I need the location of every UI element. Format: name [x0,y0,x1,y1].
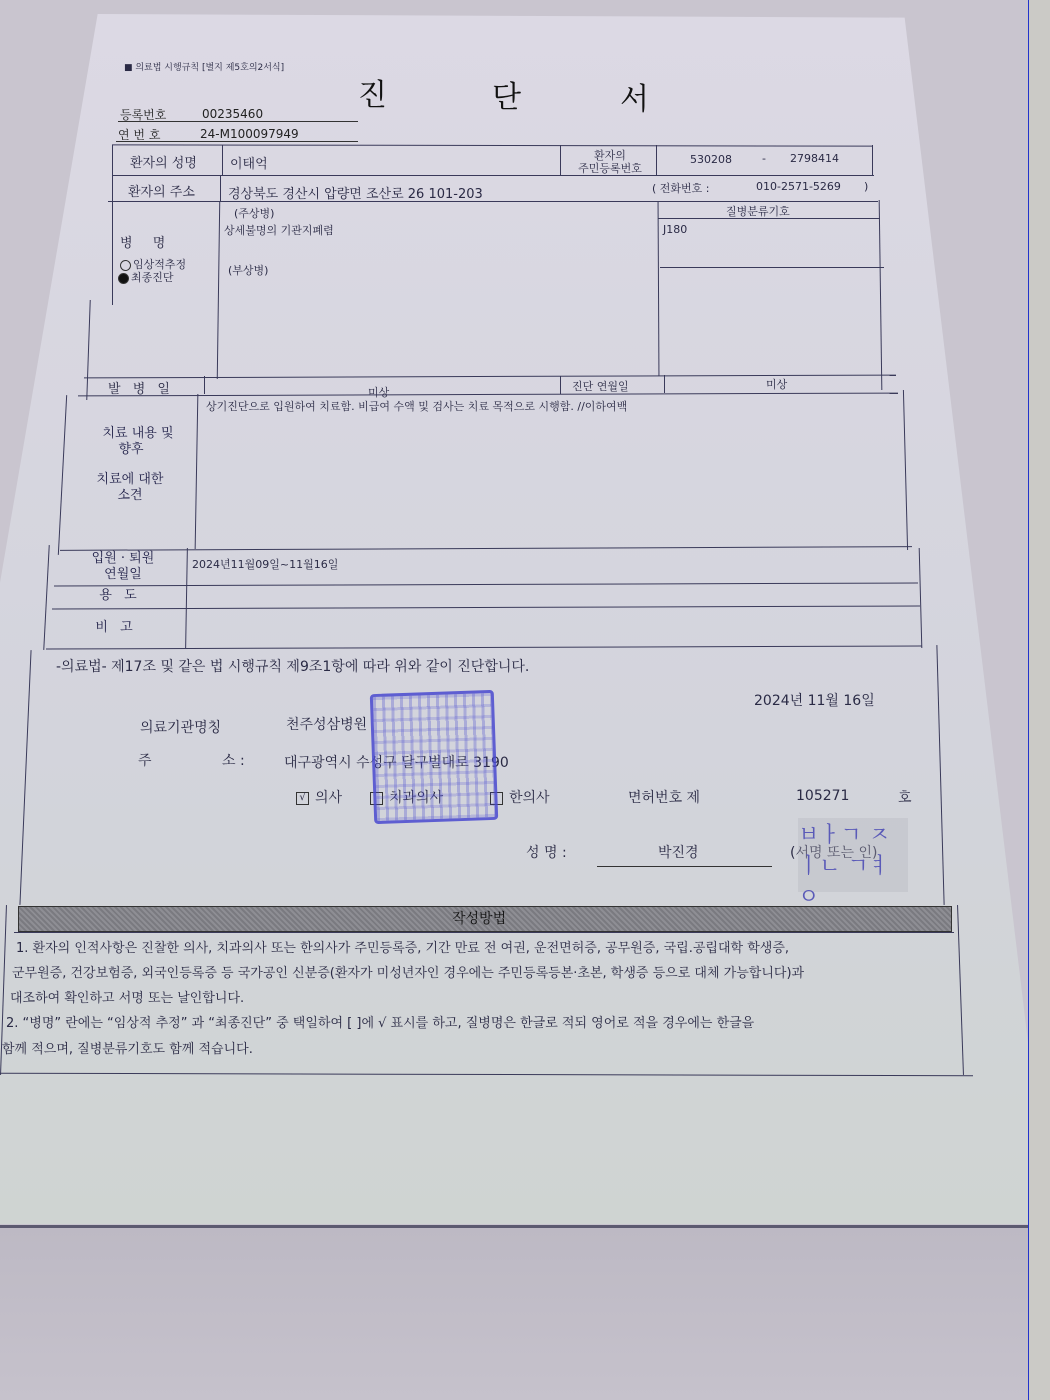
signature-underline [597,866,772,867]
divider [220,175,221,202]
phone-close: ) [864,180,868,193]
phone-number: 010-2571-5269 [756,180,841,193]
admission-label-1: 입원 · 퇴원 [68,551,178,567]
treatment-label-1: 치료 내용 및 [86,426,190,442]
diagnosis-label: 병 명 [120,232,173,251]
option-final-diagnosis[interactable]: 최종진단 [118,269,174,285]
checkbox-physician[interactable]: √ [296,792,309,805]
serial-number: 24-M100097949 [200,127,299,141]
institution-name-label: 의료기관명칭 [140,717,221,737]
physician-label: 의사 [315,790,342,806]
divider [204,376,205,394]
treatment-label-3: 치료에 대한 [80,472,180,488]
disease-code: J180 [663,223,687,236]
patient-name: 이태억 [230,153,268,172]
doctor-name: 박진경 [658,842,699,862]
serial-underline [116,141,358,142]
instruction-line-4: 2. “병명” 란에는 “임상적 추정” 과 “최종진단” 중 택일하여 [ ]… [6,1012,754,1031]
purpose-label: 용 도 [70,588,170,604]
oriental-doctor-label: 한의사 [509,790,550,806]
phone-label: ( 전화번호 : [652,180,710,196]
sub-disease-label: (부상병) [228,262,268,278]
institution-name: 천주성삼병원 [286,714,367,734]
instruction-line-5: 함께 적으며, 질병분류기호도 함께 적습니다. [2,1038,253,1057]
doctor-name-label: 성 명 : [526,842,567,862]
issue-date: 2024년 11월 16일 [754,690,875,710]
registration-number: 00235460 [202,107,263,121]
main-disease: 상세불명의 기관지폐렴 [224,222,334,238]
patient-address-label: 환자의 주소 [128,181,195,200]
table-right-border-1 [872,145,873,175]
row-divider [14,932,954,933]
patient-address: 경상북도 경산시 압량면 조산로 26 101-203 [228,183,483,202]
rrn-label-2: 주민등록번호 [565,160,655,176]
background-sheet [0,1225,1028,1400]
patient-name-label: 환자의 성명 [130,152,197,171]
rrn-front: 530208 [690,153,732,166]
admission-label-2: 연월일 [68,567,178,583]
disease-code-header: 질병분류기호 [726,203,790,219]
treatment-label-2: 향후 [86,442,176,458]
treatment-content: 상기진단으로 입원하여 치료함. 비급여 수액 및 검사는 치료 목적으로 시행… [206,398,627,414]
instruction-line-2: 군무원증, 건강보험증, 외국인등록증 등 국가공인 신분증(환자가 미성년자인… [12,962,804,981]
diagnosis-date-value: 미상 [766,376,787,392]
divider [560,145,561,175]
doctor-type-physician[interactable]: √의사 [296,787,342,807]
row-divider [108,201,878,202]
row-divider [660,267,884,268]
divider [222,145,223,175]
option-final-label: 최종진단 [131,271,174,284]
title-char-2: 단 [492,72,523,116]
divider [664,375,665,393]
title-char-1: 진 [358,70,389,114]
institution-address-label-1: 주 [138,750,152,770]
title-char-3: 서 [620,74,651,118]
table-left-border-1 [112,145,113,305]
rrn-dash: - [762,152,766,165]
remarks-label: 비 고 [66,620,166,636]
divider [560,376,561,394]
radio-final-diagnosis[interactable] [118,273,129,284]
form-reference: ■ 의료법 시행규칙 [별지 제5호의2서식] [124,60,284,73]
diagnosis-date-label: 진단 연월일 [572,378,629,394]
license-number: 105271 [796,788,849,804]
right-edge-strip [1028,0,1050,1400]
handwritten-signature: ㅂㅏㄱ ㅈㅣㄴ ㄱㅕㅇ [798,818,908,892]
hospital-seal-stamp [370,690,498,824]
legal-statement: -의료법- 제17조 및 같은 법 시행규칙 제9조1항에 따라 위와 같이 진… [56,656,529,676]
main-disease-label: (주상병) [234,205,274,221]
license-label: 면허번호 제 [628,787,700,807]
instructions-header: 작성방법 [452,908,506,928]
handwritten-signature-text: ㅂㅏㄱ ㅈㅣㄴ ㄱㅕㅇ [798,818,908,911]
instruction-line-1: 1. 환자의 인적사항은 진찰한 의사, 치과의사 또는 한의사가 주민등록증,… [16,937,789,956]
instruction-line-3: 대조하여 확인하고 서명 또는 날인합니다. [10,987,244,1006]
doctor-type-oriental[interactable]: 한의사 [490,787,550,807]
treatment-label-4: 소견 [80,488,180,504]
admission-dates: 2024년11월09일~11월16일 [192,556,338,572]
institution-address-label-2: 소 : [222,750,245,770]
license-suffix: 호 [898,787,912,807]
divider [656,145,657,175]
rrn-back: 2798414 [790,152,839,165]
row-divider [112,175,874,176]
registration-underline [118,121,358,122]
row-divider [658,218,880,219]
